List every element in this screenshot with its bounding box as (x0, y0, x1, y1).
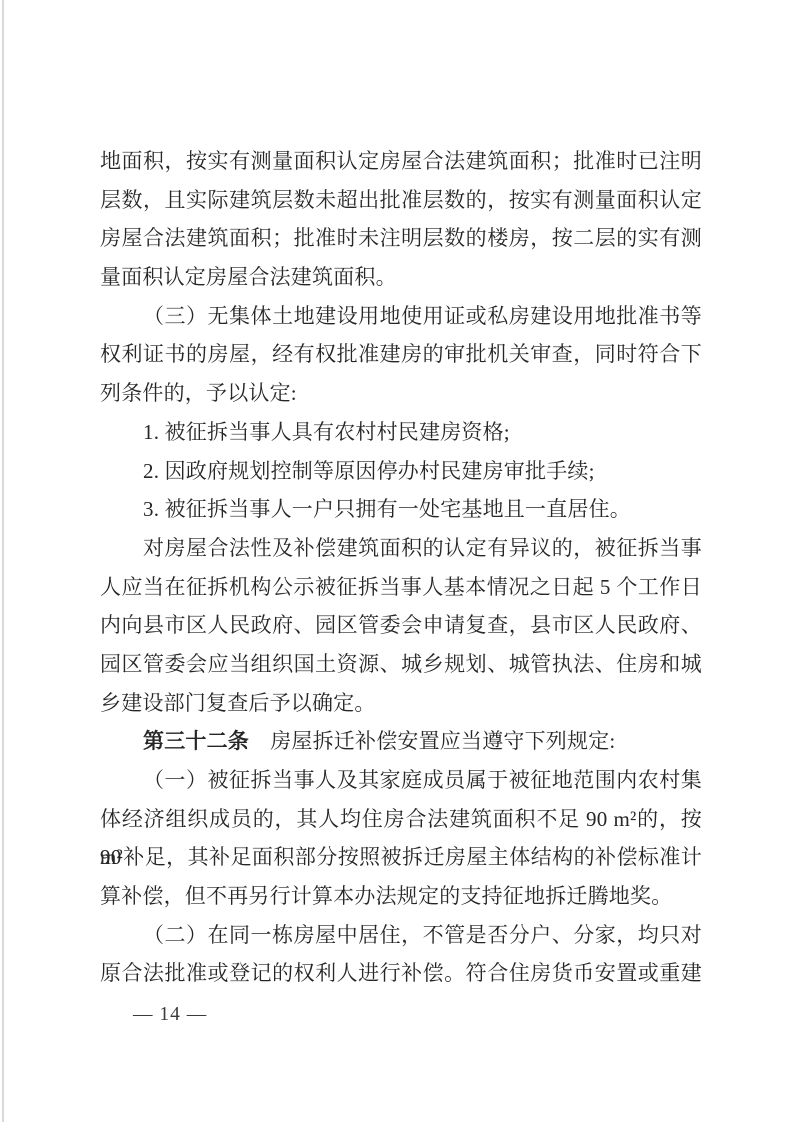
text-line: 第三十二条 房屋拆迁补偿安置应当遵守下列规定: (100, 722, 702, 761)
text-line: 列条件的，予以认定: (100, 374, 702, 413)
text-line: 对房屋合法性及补偿建筑面积的认定有异议的，被征拆当事 (100, 529, 702, 568)
text-line: 3. 被征拆当事人一户只拥有一处宅基地且一直居住。 (100, 490, 702, 529)
text-line: 内向县市区人民政府、园区管委会申请复查，县市区人民政府、 (100, 606, 702, 645)
text-line: m²补足，其补足面积部分按照被拆迁房屋主体结构的补偿标准计 (100, 838, 702, 877)
text-line: 人应当在征拆机构公示被征拆当事人基本情况之日起 5 个工作日 (100, 568, 702, 607)
document-page: { "page": { "background_color": "#ffffff… (0, 0, 793, 1122)
text-line: 原合法批准或登记的权利人进行补偿。符合住房货币安置或重建 (100, 954, 702, 993)
text-line: 算补偿，但不再另行计算本办法规定的支持征地拆迁腾地奖。 (100, 877, 702, 916)
article-number-bold: 第三十二条 (143, 729, 249, 753)
text-line: 房屋合法建筑面积；批准时未注明层数的楼房，按二层的实有测 (100, 219, 702, 258)
text-line: 乡建设部门复查后予以确定。 (100, 684, 702, 723)
text-line: 2. 因政府规划控制等原因停办村民建房审批手续; (100, 452, 702, 491)
text-block: 地面积，按实有测量面积认定房屋合法建筑面积；批准时已注明层数，且实际建筑层数未超… (100, 142, 702, 993)
scan-edge-artifact (2, 0, 4, 1122)
text-line: （一）被征拆当事人及其家庭成员属于被征地范围内农村集 (100, 761, 702, 800)
text-line: 体经济组织成员的，其人均住房合法建筑面积不足 90 m²的，按 90 (100, 800, 702, 839)
page-number: — 14 — (133, 1002, 207, 1028)
text-line: 园区管委会应当组织国土资源、城乡规划、城管执法、住房和城 (100, 645, 702, 684)
text-line: 地面积，按实有测量面积认定房屋合法建筑面积；批准时已注明 (100, 142, 702, 181)
text-line: 1. 被征拆当事人具有农村村民建房资格; (100, 413, 702, 452)
text-line: 量面积认定房屋合法建筑面积。 (100, 258, 702, 297)
text-line: （二）在同一栋房屋中居住，不管是否分户、分家，均只对 (100, 916, 702, 955)
text-line: （三）无集体土地建设用地使用证或私房建设用地批准书等 (100, 297, 702, 336)
text-line: 层数，且实际建筑层数未超出批准层数的，按实有测量面积认定 (100, 181, 702, 220)
text-line: 权利证书的房屋，经有权批准建房的审批机关审查，同时符合下 (100, 335, 702, 374)
